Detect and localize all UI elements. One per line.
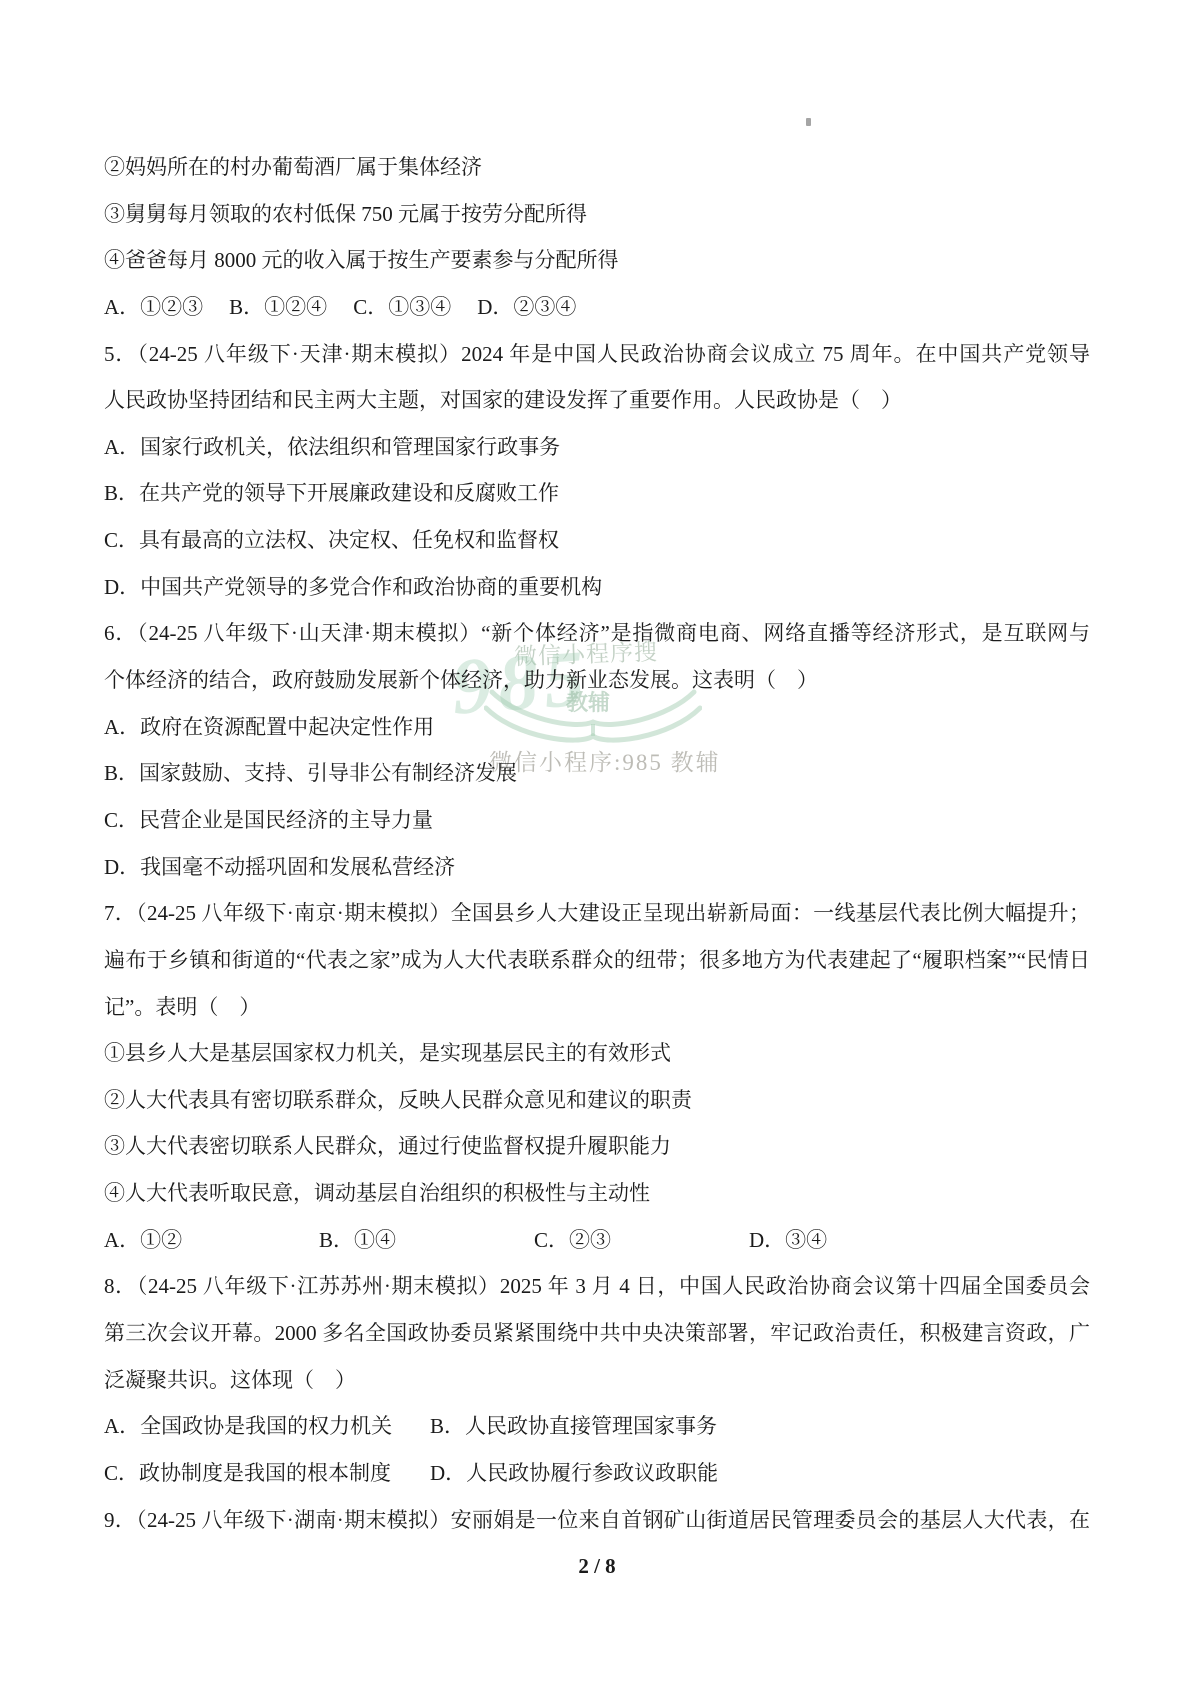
q6-option-b: B．国家鼓励、支持、引导非公有制经济发展 <box>104 750 1090 797</box>
q8-stem-line-1: 8．（24-25 八年级下·江苏苏州·期末模拟）2025 年 3 月 4 日，中… <box>104 1263 1090 1310</box>
statement-line-3: ③舅舅每月领取的农村低保 750 元属于按劳分配所得 <box>104 191 1090 238</box>
q6-option-a: A．政府在资源配置中起决定性作用 <box>104 704 1090 751</box>
q7-statement-3: ③人大代表密切联系人民群众，通过行使监督权提升履职能力 <box>104 1123 1090 1170</box>
q5-option-d: D．中国共产党领导的多党合作和政治协商的重要机构 <box>104 564 1090 611</box>
q6-option-c: C．民营企业是国民经济的主导力量 <box>104 797 1090 844</box>
q8-option-a: A．全国政协是我国的权力机关 <box>104 1403 430 1450</box>
q5-option-b: B．在共产党的领导下开展廉政建设和反腐败工作 <box>104 470 1090 517</box>
q4-option-d: D．②③④ <box>477 284 576 331</box>
q6-stem-line-2: 个体经济的结合，政府鼓励发展新个体经济，助力新业态发展。这表明（ ） <box>104 657 1090 704</box>
q6-stem-line-1: 6．（24-25 八年级下·山天津·期末模拟）“新个体经济”是指微商电商、网络直… <box>104 610 1090 657</box>
exam-paper-page: 微信小程序搜 985 教辅 微信小程序:985 教辅 ②妈妈所在的村办葡萄酒厂属… <box>0 0 1190 1683</box>
q8-option-b: B．人民政协直接管理国家事务 <box>430 1403 717 1450</box>
q5-stem-line-1: 5．（24-25 八年级下·天津·期末模拟）2024 年是中国人民政治协商会议成… <box>104 331 1090 378</box>
q8-option-row-cd: C．政协制度是我国的根本制度 D．人民政协履行参政议政职能 <box>104 1450 1090 1497</box>
document-body: ②妈妈所在的村办葡萄酒厂属于集体经济 ③舅舅每月领取的农村低保 750 元属于按… <box>0 0 1190 1590</box>
q7-statement-2: ②人大代表具有密切联系群众，反映人民群众意见和建议的职责 <box>104 1077 1090 1124</box>
q8-stem-line-2: 第三次会议开幕。2000 多名全国政协委员紧紧围绕中共中央决策部署，牢记政治责任… <box>104 1310 1090 1357</box>
q4-option-b: B．①②④ <box>229 284 327 331</box>
q7-option-c: C．②③ <box>534 1217 749 1264</box>
q5-option-c: C．具有最高的立法权、决定权、任免权和监督权 <box>104 517 1090 564</box>
q7-statement-1: ①县乡人大是基层国家权力机关，是实现基层民主的有效形式 <box>104 1030 1090 1077</box>
q4-option-row: A．①②③ B．①②④ C．①③④ D．②③④ <box>104 284 1090 331</box>
page-number: 2 / 8 <box>104 1543 1090 1590</box>
q7-statement-4: ④人大代表听取民意，调动基层自治组织的积极性与主动性 <box>104 1170 1090 1217</box>
q8-option-d: D．人民政协履行参政议政职能 <box>430 1450 718 1497</box>
q7-option-a: A．①② <box>104 1217 319 1264</box>
q8-option-c: C．政协制度是我国的根本制度 <box>104 1450 430 1497</box>
q7-stem-line-2: 遍布于乡镇和街道的“代表之家”成为人大代表联系群众的纽带；很多地方为代表建起了“… <box>104 937 1090 984</box>
q5-option-a: A．国家行政机关，依法组织和管理国家行政事务 <box>104 424 1090 471</box>
q7-option-d: D．③④ <box>749 1217 827 1264</box>
q8-stem-line-3: 泛凝聚共识。这体现（ ） <box>104 1357 1090 1404</box>
statement-line-4: ④爸爸每月 8000 元的收入属于按生产要素参与分配所得 <box>104 237 1090 284</box>
q7-option-row: A．①② B．①④ C．②③ D．③④ <box>104 1217 1090 1264</box>
q6-option-d: D．我国毫不动摇巩固和发展私营经济 <box>104 844 1090 891</box>
q7-stem-line-3: 记”。表明（ ） <box>104 984 1090 1031</box>
statement-line-2: ②妈妈所在的村办葡萄酒厂属于集体经济 <box>104 144 1090 191</box>
q7-option-b: B．①④ <box>319 1217 534 1264</box>
q5-stem-line-2: 人民政协坚持团结和民主两大主题，对国家的建设发挥了重要作用。人民政协是（ ） <box>104 377 1090 424</box>
q8-option-row-ab: A．全国政协是我国的权力机关 B．人民政协直接管理国家事务 <box>104 1403 1090 1450</box>
q9-stem-line-1: 9．（24-25 八年级下·湖南·期末模拟）安丽娟是一位来自首钢矿山街道居民管理… <box>104 1497 1090 1544</box>
q7-stem-line-1: 7．（24-25 八年级下·南京·期末模拟）全国县乡人大建设正呈现出崭新局面：一… <box>104 890 1090 937</box>
q4-option-c: C．①③④ <box>353 284 451 331</box>
q4-option-a: A．①②③ <box>104 284 203 331</box>
